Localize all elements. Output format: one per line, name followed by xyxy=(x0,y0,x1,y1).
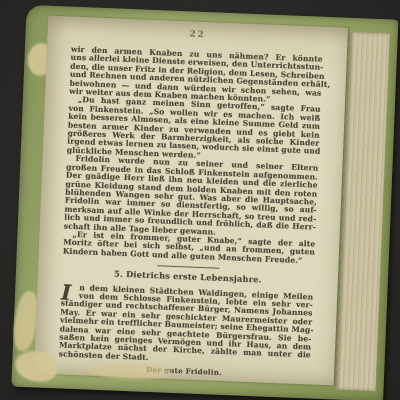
drop-cap-initial: I xyxy=(61,284,78,300)
body-paragraphs: wir den armen Knaben zu uns nähmen? Er k… xyxy=(63,46,323,266)
section-divider xyxy=(157,265,219,268)
paragraph: In dem kleinen Städtchen Waldingen, eini… xyxy=(58,283,313,369)
book: 22 wir den armen Knaben zu uns nähmen? E… xyxy=(11,5,398,400)
book-page: 22 wir den armen Knaben zu uns nähmen? E… xyxy=(34,16,348,386)
chapter-paragraphs: In dem kleinen Städtchen Waldingen, eini… xyxy=(58,283,313,369)
paragraph: Fridolin wurde nun zu seiner und seiner … xyxy=(64,155,319,241)
photo-background: 22 wir den armen Knaben zu uns nähmen? E… xyxy=(0,0,400,400)
text-column: wir den armen Knaben zu uns nähmen? Er k… xyxy=(58,46,323,381)
